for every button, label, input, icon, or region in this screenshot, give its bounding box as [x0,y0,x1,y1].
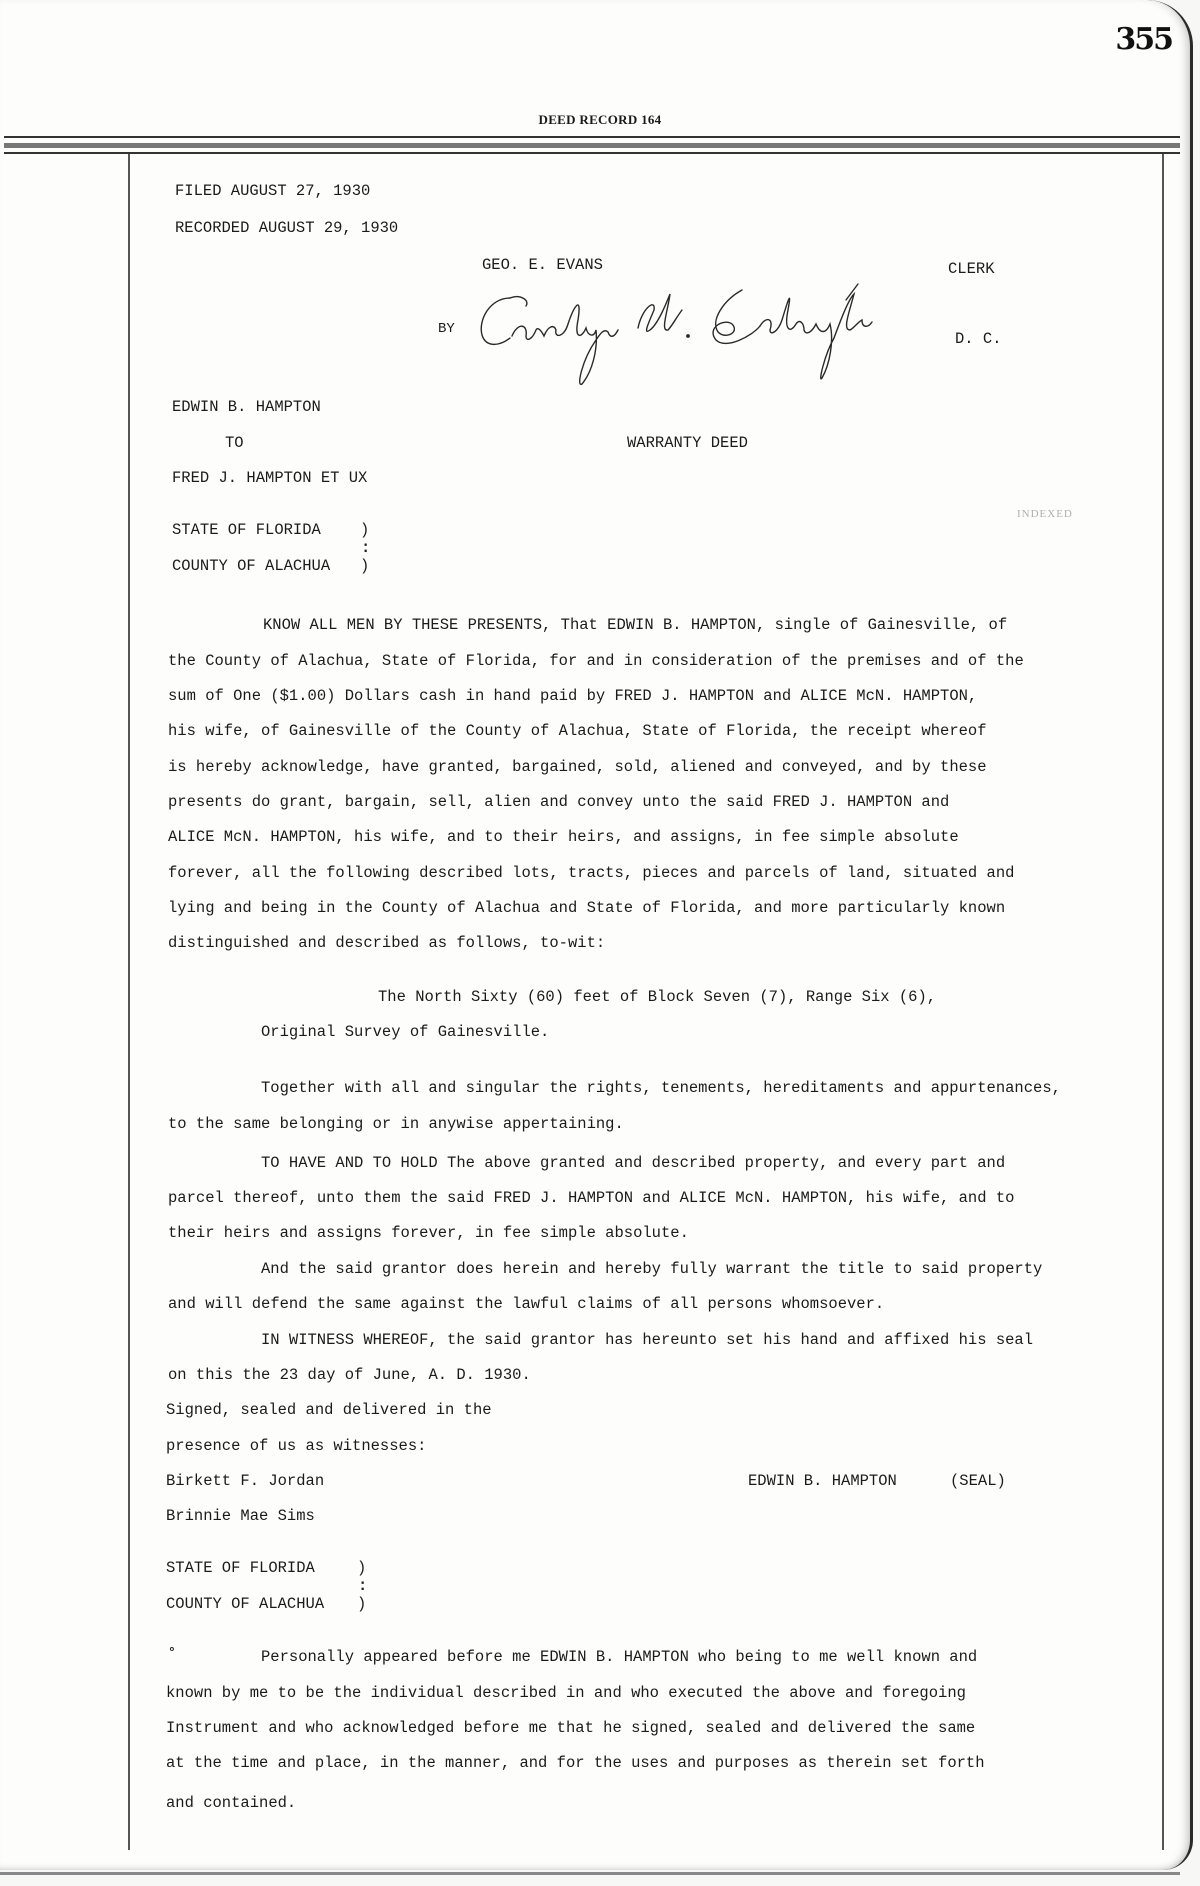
page-number: 355 [1115,22,1172,57]
body-line: presents do grant, bargain, sell, alien … [168,795,949,811]
body-line: And the said grantor does herein and her… [261,1262,1042,1278]
venue-county: COUNTY OF ALACHUA [172,559,330,575]
body-line: KNOW ALL MEN BY THESE PRESENTS, That EDW… [263,618,1007,634]
acknowledgment-line: known by me to be the individual describ… [166,1686,966,1702]
header-rule-bottom [4,152,1180,154]
body-line: his wife, of Gainesville of the County o… [168,724,987,740]
body-line: their heirs and assigns forever, in fee … [168,1226,689,1242]
venue-bracket-colon: : [358,1579,367,1595]
body-line: on this the 23 day of June, A. D. 1930. [168,1368,531,1384]
witness-name: Birkett F. Jordan [166,1474,324,1490]
clerk-name: GEO. E. EVANS [482,258,603,274]
body-line: is hereby acknowledge, have granted, bar… [168,760,987,776]
bullet-mark: ° [168,1646,176,1659]
venue-bracket-bottom: ) [360,559,369,575]
venue-bracket-bottom: ) [357,1597,366,1613]
grantor-signature-name: EDWIN B. HAMPTON [748,1474,897,1490]
clerk-title: CLERK [948,262,995,278]
witnesses-presence-line: presence of us as witnesses: [166,1439,426,1455]
book-title: DEED RECORD 164 [0,112,1200,128]
body-line: distinguished and described as follows, … [168,936,605,952]
body-line: ALICE McN. HAMPTON, his wife, and to the… [168,830,959,846]
legal-description-line: The North Sixty (60) feet of Block Seven… [378,990,936,1006]
indexed-stamp: INDEXED [1017,509,1073,520]
body-line: sum of One ($1.00) Dollars cash in hand … [168,689,977,705]
venue-state: STATE OF FLORIDA [166,1561,315,1577]
venue-bracket-top: ) [360,523,369,539]
body-line: and will defend the same against the law… [168,1297,884,1313]
witness-name: Brinnie Mae Sims [166,1509,315,1525]
seal-label: (SEAL) [950,1474,1006,1490]
by-label: BY [438,322,455,336]
body-line: lying and being in the County of Alachua… [168,901,1005,917]
signed-sealed-line: Signed, sealed and delivered in the [166,1403,492,1419]
header-rule-thick [4,143,1180,148]
body-line: IN WITNESS WHEREOF, the said grantor has… [261,1333,1033,1349]
body-line: Together with all and singular the right… [261,1081,1061,1097]
acknowledgment-line: at the time and place, in the manner, an… [166,1756,985,1772]
legal-description-line: Original Survey of Gainesville. [261,1025,549,1041]
body-line: parcel thereof, unto them the said FRED … [168,1191,1014,1207]
deputy-clerk-title: D. C. [955,332,1002,348]
venue-county: COUNTY OF ALACHUA [166,1597,324,1613]
body-line: the County of Alachua, State of Florida,… [168,654,1024,670]
handwritten-signature-icon [470,280,900,390]
acknowledgment-line: Instrument and who acknowledged before m… [166,1721,975,1737]
grantee-name: FRED J. HAMPTON ET UX [172,471,367,487]
grantor-name: EDWIN B. HAMPTON [172,400,321,416]
deed-type: WARRANTY DEED [627,436,748,452]
deputy-clerk-signature [470,280,900,390]
venue-state: STATE OF FLORIDA [172,523,321,539]
page-bottom-edge [0,1872,1180,1875]
left-margin-line [128,154,130,1850]
venue-bracket-top: ) [357,1561,366,1577]
deed-record-page: 355 DEED RECORD 164 FILED AUGUST 27, 193… [0,0,1193,1870]
recorded-date: RECORDED AUGUST 29, 1930 [175,221,398,237]
filed-date: FILED AUGUST 27, 1930 [175,184,370,200]
acknowledgment-line: and contained. [166,1796,296,1812]
acknowledgment-line: Personally appeared before me EDWIN B. H… [261,1650,977,1666]
body-line: to the same belonging or in anywise appe… [168,1117,624,1133]
venue-bracket-colon: : [361,541,370,557]
body-line: TO HAVE AND TO HOLD The above granted an… [261,1156,1005,1172]
body-line: forever, all the following described lot… [168,866,1014,882]
header-rule-top [4,136,1180,138]
to-label: TO [225,436,244,452]
right-margin-line [1162,154,1164,1850]
